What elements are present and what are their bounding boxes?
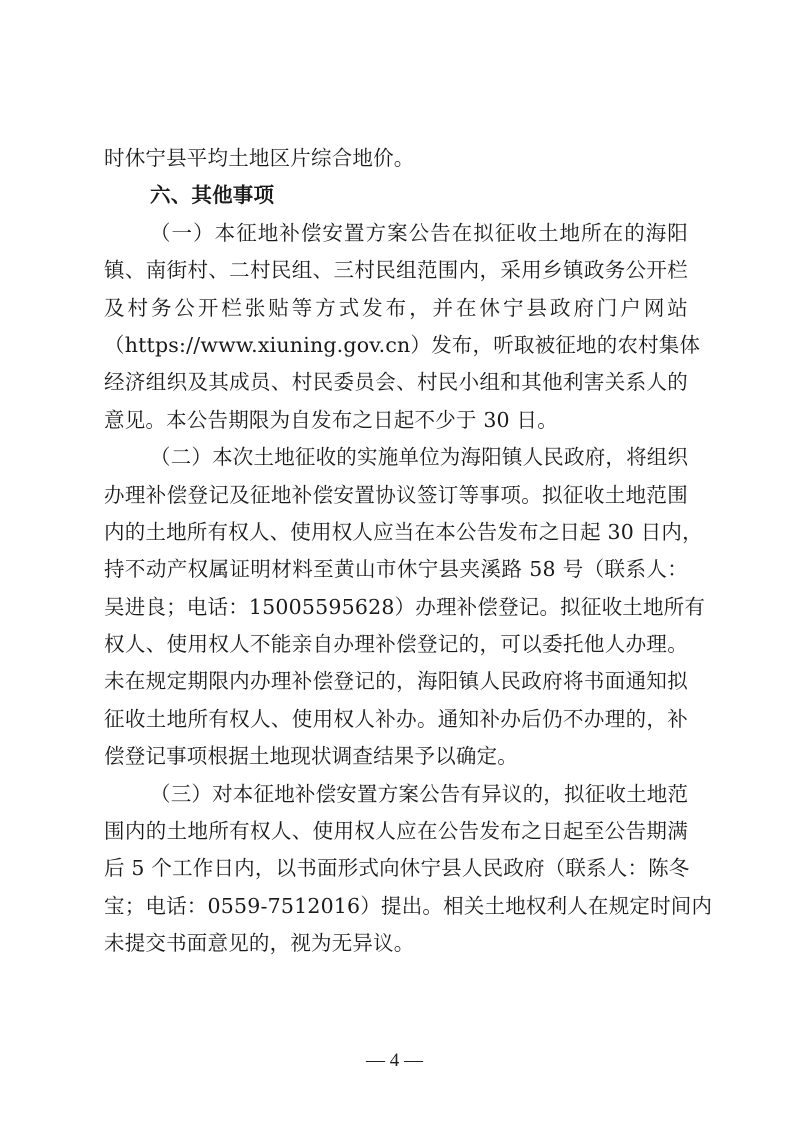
paragraph-continuation-line: 时休宁县平均土地区片综合地价。	[104, 140, 688, 177]
paragraph-2-line: 偿登记事项根据土地现状调查结果予以确定。	[104, 738, 688, 775]
paragraph-2-line: （二）本次土地征收的实施单位为海阳镇人民政府，将组织	[104, 439, 688, 476]
paragraph-3-line: 后 5 个工作日内，以书面形式向休宁县人民政府（联系人：陈冬	[104, 850, 688, 887]
paragraph-2-line: 持不动产权属证明材料至黄山市休宁县夹溪路 58 号（联系人：	[104, 551, 688, 588]
paragraph-3-line: 未提交书面意见的，视为无异议。	[104, 925, 688, 962]
paragraph-3-line: 围内的土地所有权人、使用权人应在公告发布之日起至公告期满	[104, 813, 688, 850]
paragraph-2-line: 吴进良；电话：15005595628）办理补偿登记。拟征收土地所有	[104, 589, 688, 626]
paragraph-1-line: （一）本征地补偿安置方案公告在拟征收土地所在的海阳	[104, 215, 688, 252]
paragraph-2-line: 未在规定期限内办理补偿登记的，海阳镇人民政府将书面通知拟	[104, 663, 688, 700]
section-heading-other-matters: 六、其他事项	[104, 177, 688, 214]
paragraph-2-line: 办理补偿登记及征地补偿安置协议签订等事项。拟征收土地范围	[104, 477, 688, 514]
paragraph-2-line: 内的土地所有权人、使用权人应当在本公告发布之日起 30 日内，	[104, 514, 688, 551]
paragraph-2-line: 征收土地所有权人、使用权人补办。通知补办后仍不办理的，补	[104, 701, 688, 738]
paragraph-1-line: 意见。本公告期限为自发布之日起不少于 30 日。	[104, 402, 688, 439]
paragraph-3-line: 宝；电话：0559-7512016）提出。相关土地权利人在规定时间内	[104, 888, 688, 925]
paragraph-1-line-url: （https://www.xiuning.gov.cn）发布，听取被征地的农村集…	[104, 327, 688, 364]
paragraph-2-line: 权人、使用权人不能亲自办理补偿登记的，可以委托他人办理。	[104, 626, 688, 663]
paragraph-3-line: （三）对本征地补偿安置方案公告有异议的，拟征收土地范	[104, 776, 688, 813]
document-page: 时休宁县平均土地区片综合地价。 六、其他事项 （一）本征地补偿安置方案公告在拟征…	[104, 140, 688, 963]
paragraph-1-line: 镇、南街村、二村民组、三村民组范围内，采用乡镇政务公开栏	[104, 252, 688, 289]
paragraph-1-line: 及村务公开栏张贴等方式发布，并在休宁县政府门户网站	[104, 290, 688, 327]
paragraph-1-line: 经济组织及其成员、村民委员会、村民小组和其他利害关系人的	[104, 364, 688, 401]
page-number: — 4 —	[0, 1050, 789, 1072]
